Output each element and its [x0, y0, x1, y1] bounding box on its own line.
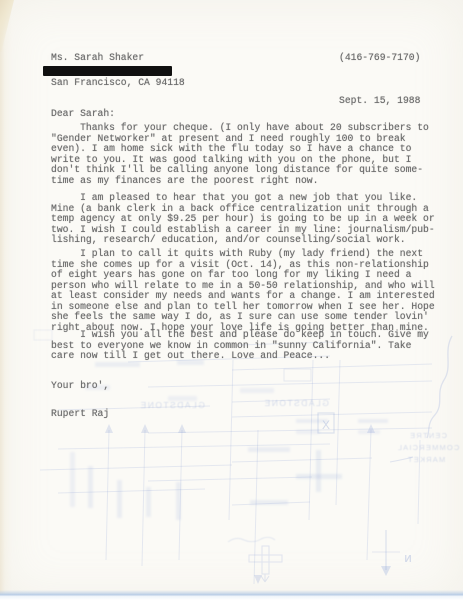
redacted-address-bar — [43, 66, 172, 76]
recipient-name: Ms. Sarah Shaker — [51, 53, 144, 64]
scanned-letter-page: X N GLADSTONE GLADSTONE CENTRE COMMERCIA… — [0, 0, 463, 600]
closing: Your bro', — [51, 381, 109, 392]
recipient-city-line: San Francisco, CA 94118 — [51, 78, 185, 89]
letter-content: Ms. Sarah Shaker (416-769-7170) San Fran… — [0, 0, 463, 600]
salutation: Dear Sarah: — [51, 109, 115, 120]
letter-date: Sept. 15, 1988 — [339, 96, 420, 107]
paragraph-3: I plan to call it quits with Ruby (my la… — [51, 249, 435, 333]
paragraph-1: Thanks for your cheque. (I only have abo… — [51, 123, 429, 186]
recipient-phone: (416-769-7170) — [339, 53, 420, 64]
paragraph-4: I wish you all the best and please do ke… — [51, 330, 429, 362]
signature-name: Rupert Raj — [51, 409, 109, 420]
paragraph-2: I am pleased to hear that you got a new … — [51, 193, 435, 246]
